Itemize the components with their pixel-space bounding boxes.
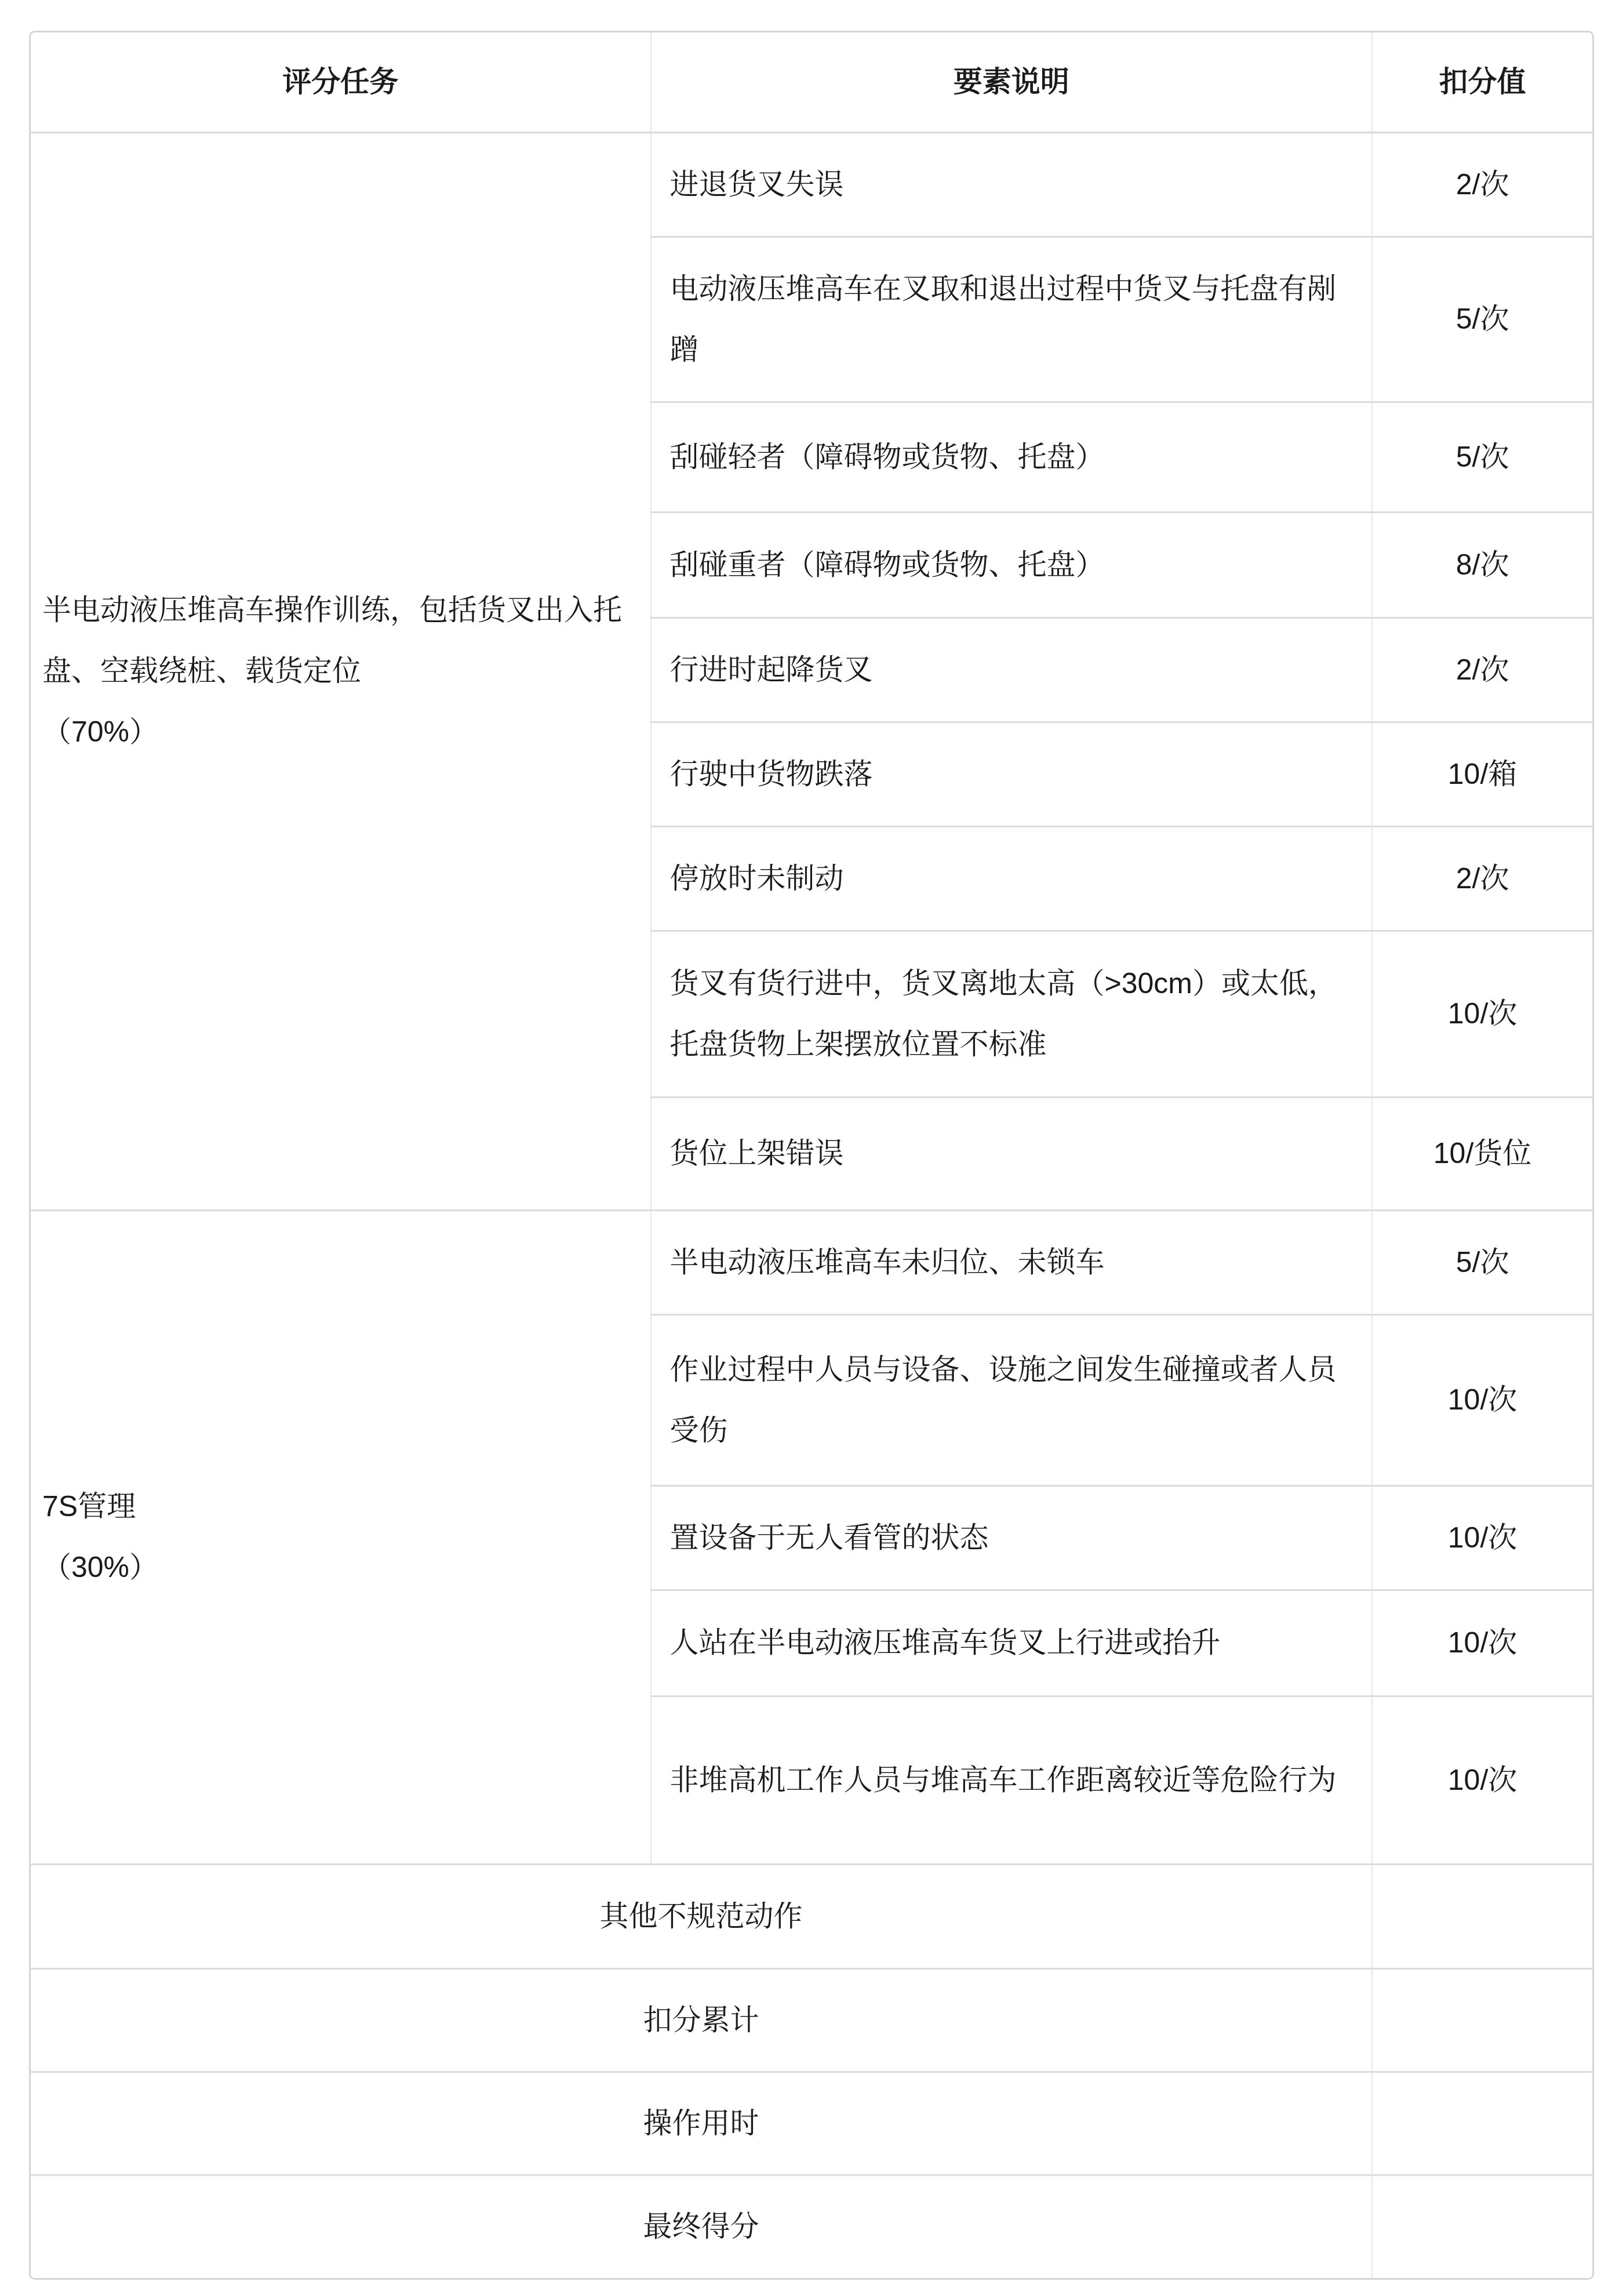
summary-row: 其他不规范动作 xyxy=(31,1864,1592,1968)
deduction-cell: 10/箱 xyxy=(1372,722,1592,826)
header-deduction-value: 扣分值 xyxy=(1372,32,1592,132)
element-desc-cell: 半电动液压堆高车未归位、未锁车 xyxy=(651,1210,1373,1314)
summary-row: 操作用时 xyxy=(31,2072,1592,2175)
summary-label-other-violations: 其他不规范动作 xyxy=(31,1864,1372,1968)
task-weight: （30%） xyxy=(42,1537,636,1598)
element-desc-cell: 置设备于无人看管的状态 xyxy=(651,1485,1373,1590)
deduction-cell: 10/次 xyxy=(1372,1696,1592,1864)
element-desc-cell: 非堆高机工作人员与堆高车工作距离较近等危险行为 xyxy=(651,1696,1373,1864)
summary-value-cell xyxy=(1372,2072,1592,2175)
element-desc-cell: 停放时未制动 xyxy=(651,826,1373,931)
deduction-cell: 5/次 xyxy=(1372,237,1592,402)
table-header: 评分任务 要素说明 扣分值 xyxy=(31,32,1592,132)
element-desc-cell: 货叉有货行进中，货叉离地太高（>30cm）或太低，托盘货物上架摆放位置不标准 xyxy=(651,931,1373,1097)
summary-row: 扣分累计 xyxy=(31,1968,1592,2072)
element-desc-cell: 行驶中货物跌落 xyxy=(651,722,1373,826)
task-cell-operation-training: 半电动液压堆高车操作训练，包括货叉出入托盘、空载绕桩、载货定位 （70%） xyxy=(31,132,651,1210)
table-row: 7S管理 （30%） 半电动液压堆高车未归位、未锁车 5/次 xyxy=(31,1210,1592,1314)
deduction-cell: 5/次 xyxy=(1372,1210,1592,1314)
header-element-description: 要素说明 xyxy=(651,32,1373,132)
scoring-rubric-table-frame: 评分任务 要素说明 扣分值 半电动液压堆高车操作训练，包括货叉出入托盘、空载绕桩… xyxy=(29,31,1594,2280)
element-desc-cell: 进退货叉失误 xyxy=(651,132,1373,237)
summary-label-operation-time: 操作用时 xyxy=(31,2072,1372,2175)
deduction-cell: 5/次 xyxy=(1372,402,1592,512)
deduction-cell: 10/次 xyxy=(1372,1314,1592,1485)
header-task: 评分任务 xyxy=(31,32,651,132)
deduction-cell: 10/次 xyxy=(1372,931,1592,1097)
task-text: 7S管理 xyxy=(42,1490,136,1523)
deduction-cell: 10/货位 xyxy=(1372,1097,1592,1210)
task-weight: （70%） xyxy=(42,702,636,762)
task-cell-7s-management: 7S管理 （30%） xyxy=(31,1210,651,1864)
element-desc-cell: 刮碰重者（障碍物或货物、托盘） xyxy=(651,512,1373,617)
header-row: 评分任务 要素说明 扣分值 xyxy=(31,32,1592,132)
element-desc-cell: 货位上架错误 xyxy=(651,1097,1373,1210)
deduction-cell: 10/次 xyxy=(1372,1485,1592,1590)
deduction-cell: 2/次 xyxy=(1372,617,1592,722)
summary-row: 最终得分 xyxy=(31,2175,1592,2278)
summary-label-total-deduction: 扣分累计 xyxy=(31,1968,1372,2072)
deduction-cell: 2/次 xyxy=(1372,826,1592,931)
element-desc-cell: 行进时起降货叉 xyxy=(651,617,1373,722)
task-text: 半电动液压堆高车操作训练，包括货叉出入托盘、空载绕桩、载货定位 xyxy=(42,594,622,687)
summary-label-final-score: 最终得分 xyxy=(31,2175,1372,2278)
deduction-cell: 10/次 xyxy=(1372,1590,1592,1696)
element-desc-cell: 作业过程中人员与设备、设施之间发生碰撞或者人员受伤 xyxy=(651,1314,1373,1485)
element-desc-cell: 刮碰轻者（障碍物或货物、托盘） xyxy=(651,402,1373,512)
summary-value-cell xyxy=(1372,2175,1592,2278)
element-desc-cell: 电动液压堆高车在叉取和退出过程中货叉与托盘有剐蹭 xyxy=(651,237,1373,402)
deduction-cell: 8/次 xyxy=(1372,512,1592,617)
element-desc-cell: 人站在半电动液压堆高车货叉上行进或抬升 xyxy=(651,1590,1373,1696)
table-body: 半电动液压堆高车操作训练，包括货叉出入托盘、空载绕桩、载货定位 （70%） 进退… xyxy=(31,132,1592,2278)
summary-value-cell xyxy=(1372,1968,1592,2072)
scoring-rubric-table: 评分任务 要素说明 扣分值 半电动液压堆高车操作训练，包括货叉出入托盘、空载绕桩… xyxy=(31,32,1592,2278)
deduction-cell: 2/次 xyxy=(1372,132,1592,237)
table-row: 半电动液压堆高车操作训练，包括货叉出入托盘、空载绕桩、载货定位 （70%） 进退… xyxy=(31,132,1592,237)
summary-value-cell xyxy=(1372,1864,1592,1968)
